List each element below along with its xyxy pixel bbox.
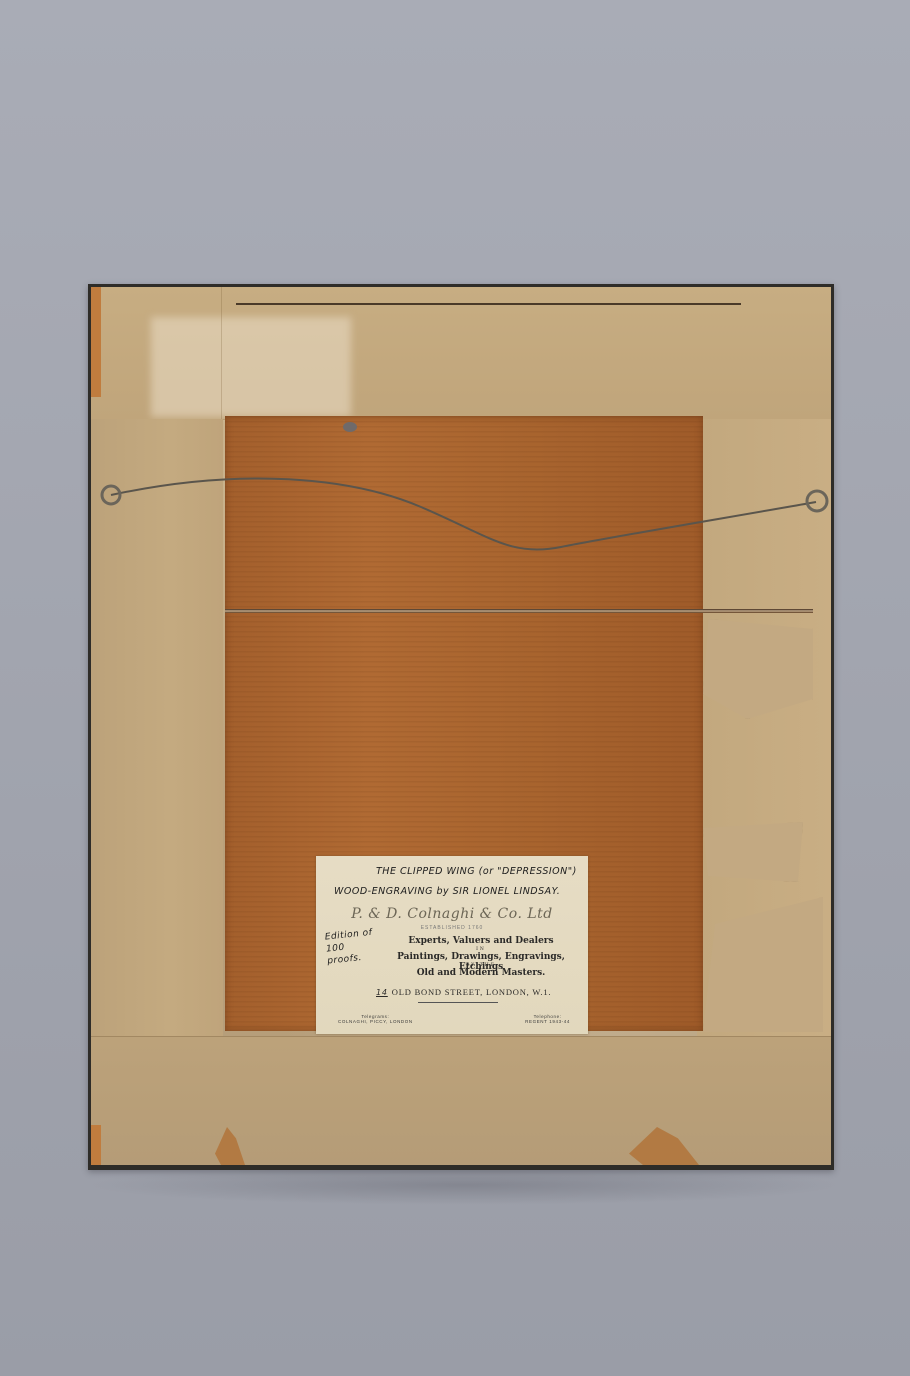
handwritten-medium: WOOD-ENGRAVING by SIR LIONEL LINDSAY. — [334, 886, 560, 897]
dealer-label: THE CLIPPED WING (or "DEPRESSION") WOOD-… — [316, 856, 588, 1034]
address-number: 14 — [376, 988, 388, 997]
edge-damage — [91, 287, 101, 397]
handwritten-edition: Edition of 100 proofs. — [324, 926, 377, 967]
telephone: Telephone: REGENT 1943-44 — [525, 1014, 570, 1024]
torn-paper-flap — [703, 822, 803, 882]
firm-name: P. & D. Colnaghi & Co. Ltd — [316, 906, 588, 922]
handwritten-title: THE CLIPPED WING (or "DEPRESSION") — [376, 866, 577, 877]
established-line: ESTABLISHED 1760 — [316, 925, 588, 931]
paper-seam — [221, 287, 222, 419]
paper-stain — [151, 317, 351, 417]
address-line: 14OLD BOND STREET, LONDON, W.1. — [376, 987, 588, 997]
telegrams: Telegrams: COLNAGHI, PICCY, LONDON — [338, 1014, 413, 1024]
telegrams-value: COLNAGHI, PICCY, LONDON — [338, 1019, 413, 1024]
address-text: OLD BOND STREET, LONDON, W.1. — [392, 987, 552, 997]
label-rule — [418, 1002, 498, 1003]
bottom-paper-tape — [91, 1036, 831, 1165]
tear-line — [236, 303, 741, 305]
label-line-3: Old and Modern Masters. — [374, 968, 588, 978]
panel-seam — [225, 609, 813, 613]
left-paper-tape — [91, 419, 223, 1037]
top-paper-tape — [91, 287, 831, 420]
telephone-value: REGENT 1943-44 — [525, 1019, 570, 1024]
label-line-1: Experts, Valuers and Dealers — [374, 936, 588, 946]
paper-loss — [629, 1127, 699, 1165]
table-shadow — [84, 1165, 844, 1205]
edge-damage — [91, 1125, 101, 1165]
picture-frame-back: THE CLIPPED WING (or "DEPRESSION") WOOD-… — [88, 284, 834, 1170]
backing-board: THE CLIPPED WING (or "DEPRESSION") WOOD-… — [91, 287, 831, 1165]
paper-loss — [215, 1127, 245, 1165]
wood-knot — [343, 422, 357, 432]
